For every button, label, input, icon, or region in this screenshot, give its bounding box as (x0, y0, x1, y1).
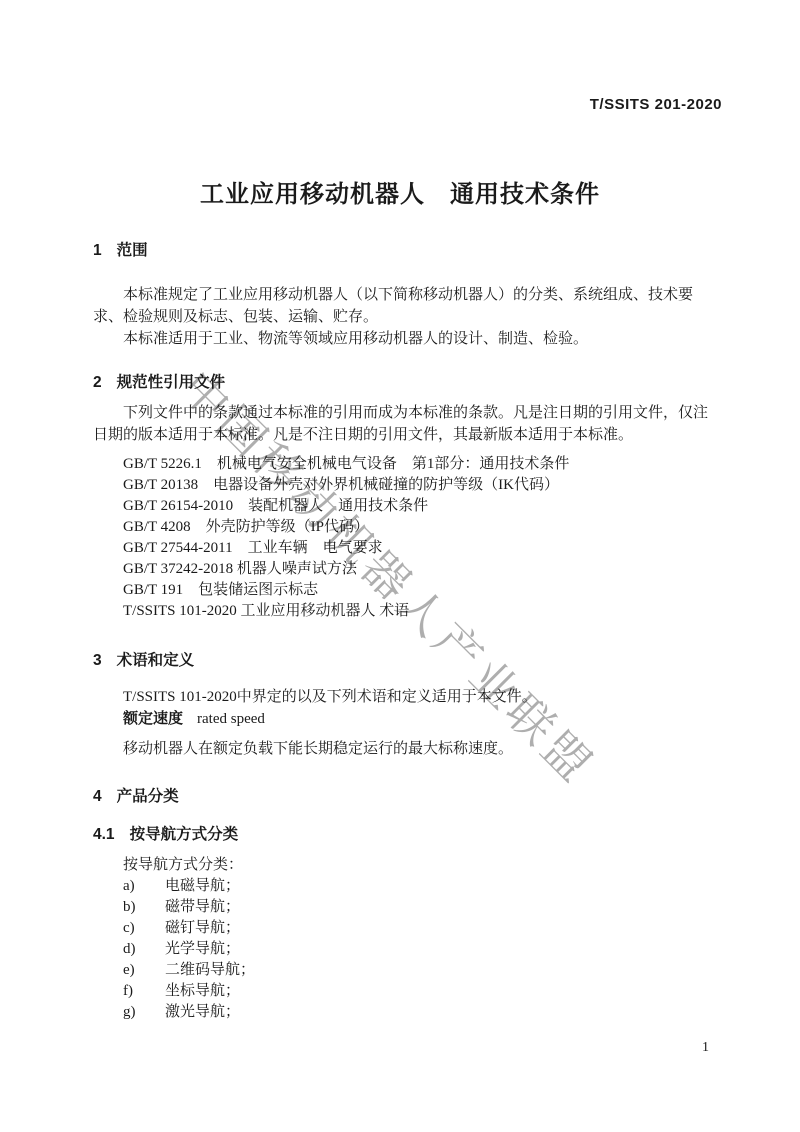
section-1-number: 1 (93, 242, 102, 259)
list-item: e)二维码导航； (93, 960, 722, 981)
list-item-text: 二维码导航； (165, 962, 255, 978)
navigation-type-list: a)电磁导航； b)磁带导航； c)磁钉导航； d)光学导航； e)二维码导航；… (93, 876, 722, 1023)
term-definition-line: 额定速度rated speed (93, 708, 722, 730)
section-2-number: 2 (93, 374, 102, 391)
list-item: d)光学导航； (93, 939, 722, 960)
section-4-title: 产品分类 (117, 788, 179, 805)
term-en: rated speed (197, 711, 265, 727)
list-item: b)磁带导航； (93, 897, 722, 918)
reference-item: GB/T 27544-2011 工业车辆 电气要求 (93, 538, 722, 559)
list-item-label: a) (123, 876, 165, 897)
list-item-text: 光学导航； (165, 941, 240, 957)
list-item: a)电磁导航； (93, 876, 722, 897)
list-item-text: 电磁导航； (165, 878, 240, 894)
list-item-text: 磁钉导航； (165, 920, 240, 936)
list-item-label: f) (123, 981, 165, 1002)
section-4-heading: 4产品分类 (93, 786, 722, 808)
document-code: T/SSITS 201-2020 (590, 96, 722, 113)
section-2-heading: 2规范性引用文件 (93, 372, 722, 394)
list-item-text: 磁带导航； (165, 899, 240, 915)
reference-item: GB/T 20138 电器设备外壳对外界机械碰撞的防护等级（IK代码） (93, 475, 722, 496)
term-zh: 额定速度 (123, 710, 183, 727)
section-3-number: 3 (93, 652, 102, 669)
list-item-text: 激光导航； (165, 1004, 240, 1020)
list-item: c)磁钉导航； (93, 918, 722, 939)
section-4-1-number: 4.1 (93, 826, 115, 843)
list-item-label: d) (123, 939, 165, 960)
section-4-1-heading: 4.1按导航方式分类 (93, 824, 722, 846)
reference-item: GB/T 26154-2010 装配机器人 通用技术条件 (93, 496, 722, 517)
section-1-paragraph-1: 本标准规定了工业应用移动机器人（以下简称移动机器人）的分类、系统组成、技术要求、… (93, 284, 722, 328)
section-4-1-title: 按导航方式分类 (130, 826, 239, 843)
document-page: 中国移动机器人产业联盟 T/SSITS 201-2020 工业应用移动机器人 通… (0, 0, 800, 1132)
document-title: 工业应用移动机器人 通用技术条件 (0, 174, 800, 209)
page-number: 1 (702, 1040, 709, 1056)
list-item-label: e) (123, 960, 165, 981)
section-3-heading: 3术语和定义 (93, 650, 722, 672)
list-item-label: b) (123, 897, 165, 918)
section-4-number: 4 (93, 788, 102, 805)
list-item-text: 坐标导航； (165, 983, 240, 999)
reference-item: GB/T 37242-2018 机器人噪声试方法 (93, 559, 722, 580)
section-2-title: 规范性引用文件 (117, 374, 226, 391)
list-item: f)坐标导航； (93, 981, 722, 1002)
term-definition-text: 移动机器人在额定负载下能长期稳定运行的最大标称速度。 (93, 738, 722, 760)
reference-item: GB/T 4208 外壳防护等级（IP代码） (93, 517, 722, 538)
list-item-label: c) (123, 918, 165, 939)
section-3-title: 术语和定义 (117, 652, 195, 669)
section-4-1-intro: 按导航方式分类： (93, 854, 722, 876)
section-1-title: 范围 (117, 242, 148, 259)
normative-references-list: GB/T 5226.1 机械电气安全机械电气设备 第1部分：通用技术条件 GB/… (93, 454, 722, 622)
section-1-paragraph-2: 本标准适用于工业、物流等领域应用移动机器人的设计、制造、检验。 (93, 328, 722, 350)
reference-item: GB/T 191 包装储运图示标志 (93, 580, 722, 601)
section-2-intro: 下列文件中的条款通过本标准的引用而成为本标准的条款。凡是注日期的引用文件，仅注日… (93, 402, 722, 446)
section-3-intro: T/SSITS 101-2020中界定的以及下列术语和定义适用于本文件。 (93, 686, 722, 708)
list-item-label: g) (123, 1002, 165, 1023)
reference-item: GB/T 5226.1 机械电气安全机械电气设备 第1部分：通用技术条件 (93, 454, 722, 475)
reference-item: T/SSITS 101-2020 工业应用移动机器人 术语 (93, 601, 722, 622)
list-item: g)激光导航； (93, 1002, 722, 1023)
document-body: 1范围 本标准规定了工业应用移动机器人（以下简称移动机器人）的分类、系统组成、技… (93, 240, 722, 1023)
section-1-heading: 1范围 (93, 240, 722, 262)
